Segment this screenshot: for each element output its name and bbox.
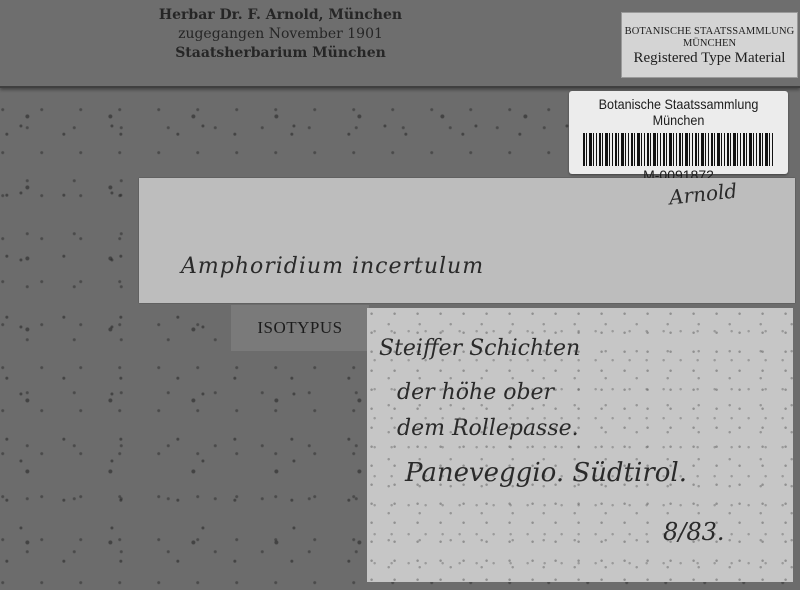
- stamp-line-1: Herbar Dr. F. Arnold, München: [138, 6, 423, 25]
- locality-line: dem Rollepasse.: [397, 416, 579, 441]
- barcode-label: Botanische Staatssammlung München M-0091…: [569, 91, 788, 174]
- stamp-line-3: Staatsherbarium München: [138, 44, 423, 63]
- barcode-institution: Botanische Staatssammlung München: [580, 96, 777, 128]
- species-name: Amphoridium incertulum: [181, 254, 484, 279]
- type-label-title: Registered Type Material: [622, 50, 797, 67]
- collector-name: Arnold: [668, 179, 738, 210]
- type-label-institution: Botanische Staatssammlung: [622, 26, 797, 37]
- herbarium-stamp: Herbar Dr. F. Arnold, München zugegangen…: [138, 6, 423, 63]
- type-material-label: Botanische Staatssammlung München Regist…: [621, 12, 798, 78]
- collection-date: 8/83.: [663, 518, 725, 546]
- locality-line: der höhe ober: [397, 380, 554, 405]
- envelope-flap: Herbar Dr. F. Arnold, München zugegangen…: [0, 0, 800, 88]
- locality-line: Paneveggio. Südtirol.: [405, 458, 687, 488]
- isotypus-label: ISOTYPUS: [231, 305, 369, 351]
- barcode-icon: [583, 133, 775, 166]
- type-label-city: München: [622, 38, 797, 49]
- locality-label: Steiffer Schichten der höhe ober dem Rol…: [367, 308, 793, 582]
- locality-line: Steiffer Schichten: [379, 336, 580, 361]
- stamp-line-2: zugegangen November 1901: [138, 25, 423, 44]
- species-name-label: Arnold Amphoridium incertulum: [139, 178, 795, 303]
